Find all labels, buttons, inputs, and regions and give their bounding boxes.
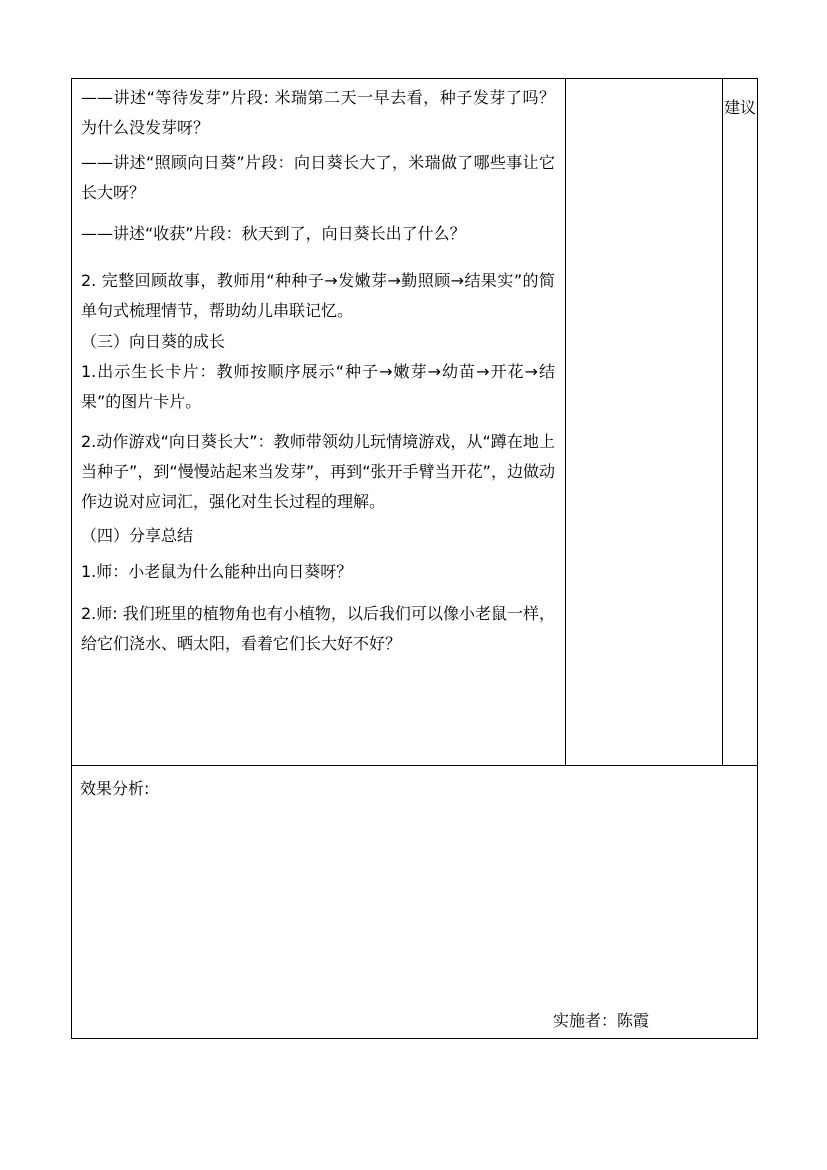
document-page: ——讲述“等待发芽”片段: 米瑞第二天一早去看，种子发芽了吗？为什么没发芽呀？ … xyxy=(0,0,827,1170)
paragraph-caring-sunflower: ——讲述“照顾向日葵”片段：向日葵长大了，米瑞做了哪些事让它长大呀？ xyxy=(81,148,555,208)
lesson-plan-table: ——讲述“等待发芽”片段: 米瑞第二天一早去看，种子发芽了吗？为什么没发芽呀？ … xyxy=(71,78,758,1039)
heading-sunflower-growth: （三）向日葵的成长 xyxy=(81,327,555,357)
paragraph-story-review: 2. 完整回顾故事，教师用“种种子→发嫩芽→勤照顾→结果实”的简单句式梳理情节，… xyxy=(81,266,555,326)
effect-analysis-label: 效果分析: xyxy=(80,778,749,800)
paragraph-awaiting-sprout: ——讲述“等待发芽”片段: 米瑞第二天一早去看，种子发芽了吗？为什么没发芽呀？ xyxy=(81,83,555,143)
implementer-signature: 实施者：陈霞 xyxy=(553,1010,649,1032)
paragraph-action-game: 2.动作游戏“向日葵长大”：教师带领幼儿玩情境游戏，从“蹲在地上当种子”，到“慢… xyxy=(81,427,555,517)
heading-share-summary: （四）分享总结 xyxy=(81,521,555,551)
table-row-content: ——讲述“等待发芽”片段: 米瑞第二天一早去看，种子发芽了吗？为什么没发芽呀？ … xyxy=(72,79,757,766)
cell-lesson-process: ——讲述“等待发芽”片段: 米瑞第二天一早去看，种子发芽了吗？为什么没发芽呀？ … xyxy=(72,79,566,765)
cell-suggestion-header: 建议 xyxy=(723,79,757,765)
suggestion-label: 建议 xyxy=(724,98,756,117)
paragraph-teacher-question-2: 2.师: 我们班里的植物角也有小植物，以后我们可以像小老鼠一样，给它们浇水、晒太… xyxy=(81,599,555,659)
paragraph-teacher-question-1: 1.师：小老鼠为什么能种出向日葵呀？ xyxy=(81,557,555,587)
cell-empty-notes xyxy=(566,79,723,765)
paragraph-harvest: ——讲述“收获”片段：秋天到了，向日葵长出了什么？ xyxy=(81,219,555,249)
table-row-effect-analysis: 效果分析: 实施者：陈霞 xyxy=(72,766,757,1038)
paragraph-growth-cards: 1.出示生长卡片：教师按顺序展示“种子→嫩芽→幼苗→开花→结果”的图片卡片。 xyxy=(81,357,555,417)
